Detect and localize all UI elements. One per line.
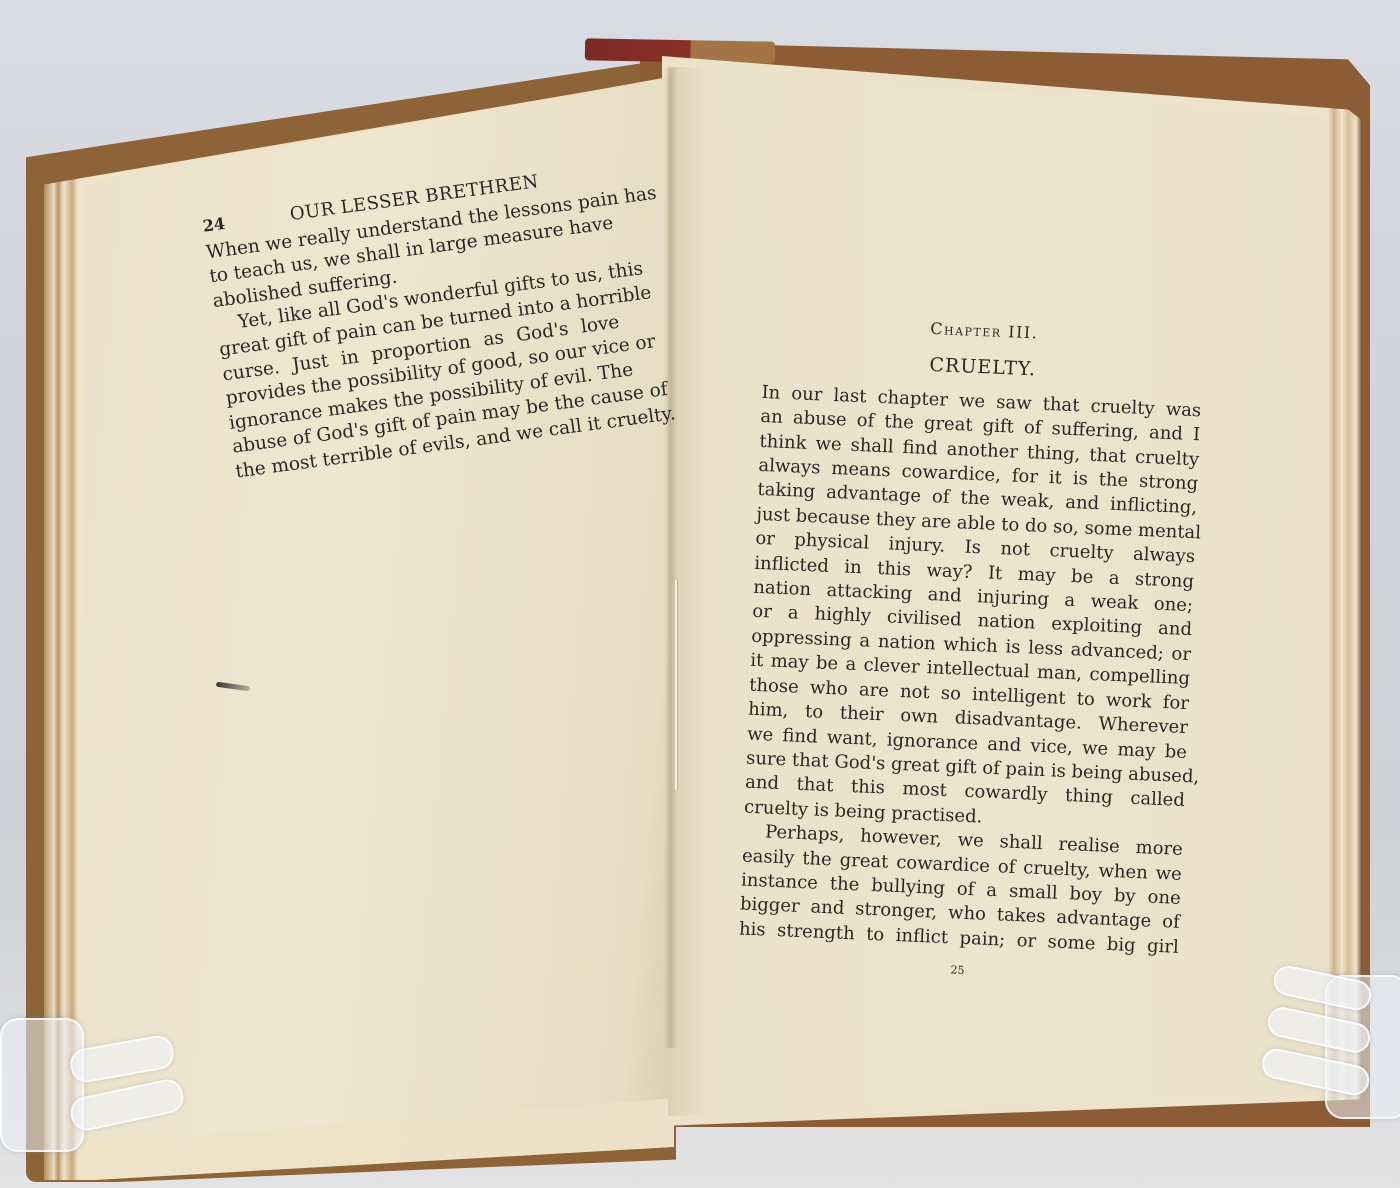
photo-scene: 24 OUR LESSER BRETHREN When we really un… (0, 0, 1400, 1188)
binding-thread (675, 580, 677, 790)
clip-body (0, 1018, 84, 1152)
clip-tooth (68, 1077, 187, 1134)
left-page-text: 24 OUR LESSER BRETHREN When we really un… (200, 152, 634, 485)
plastic-clip-right (1265, 965, 1400, 1115)
clip-tooth (68, 1033, 176, 1085)
clip-tooth (1271, 963, 1374, 1013)
book-gutter (664, 68, 678, 1048)
right-page-text: Chapter III. CRUELTY. In our last chapte… (737, 310, 1204, 992)
plastic-clip-left (0, 1010, 190, 1160)
